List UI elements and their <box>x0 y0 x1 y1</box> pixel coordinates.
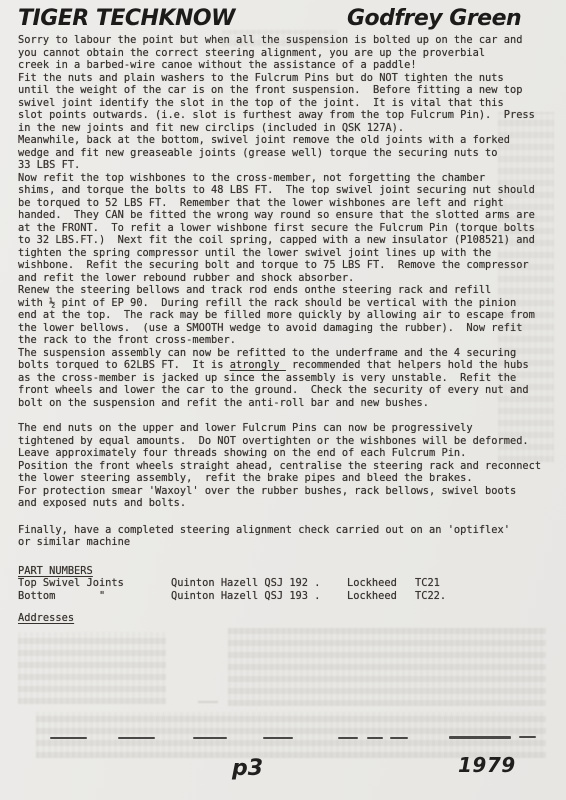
text-line: the rack to the front cross-member. <box>18 334 558 347</box>
parts-table-row: Bottom " Quinton Hazell QSJ 193 . Lockhe… <box>18 590 558 603</box>
separator-dash <box>263 737 293 739</box>
ghost-text-bleedthrough <box>498 112 554 462</box>
separator-dash <box>519 736 536 738</box>
text-line: tightened by equal amounts. Do NOT overt… <box>18 435 558 448</box>
text-line: with ½ pint of EP 90. During refill the … <box>18 297 558 310</box>
text-line: as the cross-member is jacked up since t… <box>18 372 558 385</box>
addresses-heading: Addresses <box>18 612 558 625</box>
part-numbers-section: PART NUMBERS Top Swivel Joints Quinton H… <box>18 565 558 625</box>
text-line: tighten the spring compressor until the … <box>18 247 558 260</box>
text-line: Position the front wheels straight ahead… <box>18 460 558 473</box>
text-line: until the weight of the car is on the fr… <box>18 84 558 97</box>
ghost-text-bleedthrough <box>228 628 546 706</box>
text-line: in the new joints and fit new circlips (… <box>18 122 558 135</box>
ghost-text-bleedthrough <box>18 632 166 704</box>
separator-dash <box>367 737 383 739</box>
ghost-text-bleedthrough <box>222 30 337 46</box>
text-line: or similar machine <box>18 536 558 549</box>
author-name: Godfrey Green <box>347 6 521 31</box>
text-line: creek in a barbed-wire canoe without the… <box>18 59 558 72</box>
text-line: you cannot obtain the correct steering a… <box>18 47 558 60</box>
text-line: Fit the nuts and plain washers to the Fu… <box>18 72 558 85</box>
text-line: bolt on the suspension and refit the ant… <box>18 397 558 410</box>
part-numbers-heading: PART NUMBERS <box>18 565 558 578</box>
part-supplier-cell: Quinton Hazell QSJ 192 . <box>171 577 347 590</box>
text-line: the lower bellows. (use a SMOOTH wedge t… <box>18 322 558 335</box>
year-label: 1979 <box>458 753 516 777</box>
part-code-cell: TC21 <box>415 577 440 590</box>
text-line: swivel joint identify the slot in the to… <box>18 97 558 110</box>
paragraph-refitting: Sorry to labour the point but when all t… <box>18 34 558 409</box>
paragraph-end-nuts: The end nuts on the upper and lower Fulc… <box>18 422 558 510</box>
separator-dash <box>193 737 227 739</box>
text-line: shims, and torque the bolts to 48 LBS FT… <box>18 184 558 197</box>
ghost-smudge-mark <box>198 701 218 703</box>
text-line: Now refit the top wishbones to the cross… <box>18 172 558 185</box>
parts-table-row: Top Swivel Joints Quinton Hazell QSJ 192… <box>18 577 558 590</box>
separator-dash <box>390 737 408 739</box>
separator-dash <box>338 737 358 739</box>
part-name-cell: Top Swivel Joints <box>18 577 171 590</box>
separator-dash <box>118 737 155 739</box>
text-line: Finally, have a completed steering align… <box>18 524 558 537</box>
text-line: handed. They CAN be fitted the wrong way… <box>18 209 558 222</box>
page-number: p3 <box>232 756 263 781</box>
page-title: TIGER TECHKNOW <box>18 6 235 31</box>
text-line: Leave approximately four threads showing… <box>18 447 558 460</box>
part-brand-cell: Lockheed <box>347 577 415 590</box>
paragraph-finally: Finally, have a completed steering align… <box>18 524 558 549</box>
text-line: bolts torqued to 62LBS FT. It is atrongl… <box>18 359 558 372</box>
text-line: end at the top. The rack may be filled m… <box>18 309 558 322</box>
ghost-text-bleedthrough <box>36 712 546 758</box>
text-line: For protection smear 'Waxoyl' over the r… <box>18 485 558 498</box>
part-supplier-cell: Quinton Hazell QSJ 193 . <box>171 590 347 603</box>
text-line: and exposed nuts and bolts. <box>18 497 558 510</box>
text-line: wedge and fit new greaseable joints (gre… <box>18 147 558 160</box>
text-line: Meanwhile, back at the bottom, swivel jo… <box>18 134 558 147</box>
article-body: Sorry to labour the point but when all t… <box>18 34 558 625</box>
text-line: and refit the lower rebound rubber and s… <box>18 272 558 285</box>
part-brand-cell: Lockheed <box>347 590 415 603</box>
text-line: front wheels and lower the car to the gr… <box>18 384 558 397</box>
part-code-cell: TC22. <box>415 590 446 603</box>
text-line: to 32 LBS.FT.) Next fit the coil spring,… <box>18 234 558 247</box>
text-line: wishbone. Refit the securing bolt and to… <box>18 259 558 272</box>
part-name-cell: Bottom " <box>18 590 171 603</box>
text-line: Renew the steering bellows and track rod… <box>18 284 558 297</box>
text-line: The suspension assembly can now be refit… <box>18 347 558 360</box>
text-line: The end nuts on the upper and lower Fulc… <box>18 422 558 435</box>
scanned-document-page: TIGER TECHKNOW Godfrey Green Sorry to la… <box>0 0 566 800</box>
text-line: slot points outwards. (i.e. slot is furt… <box>18 109 558 122</box>
text-line: 33 LBS FT. <box>18 159 558 172</box>
text-line: the lower steering assembly, refit the b… <box>18 472 558 485</box>
separator-dash <box>449 736 511 739</box>
text-line: be torqued to 52 LBS FT. Remember that t… <box>18 197 558 210</box>
separator-dash <box>50 737 87 739</box>
text-line: at the FRONT. To refit a lower wishbone … <box>18 222 558 235</box>
